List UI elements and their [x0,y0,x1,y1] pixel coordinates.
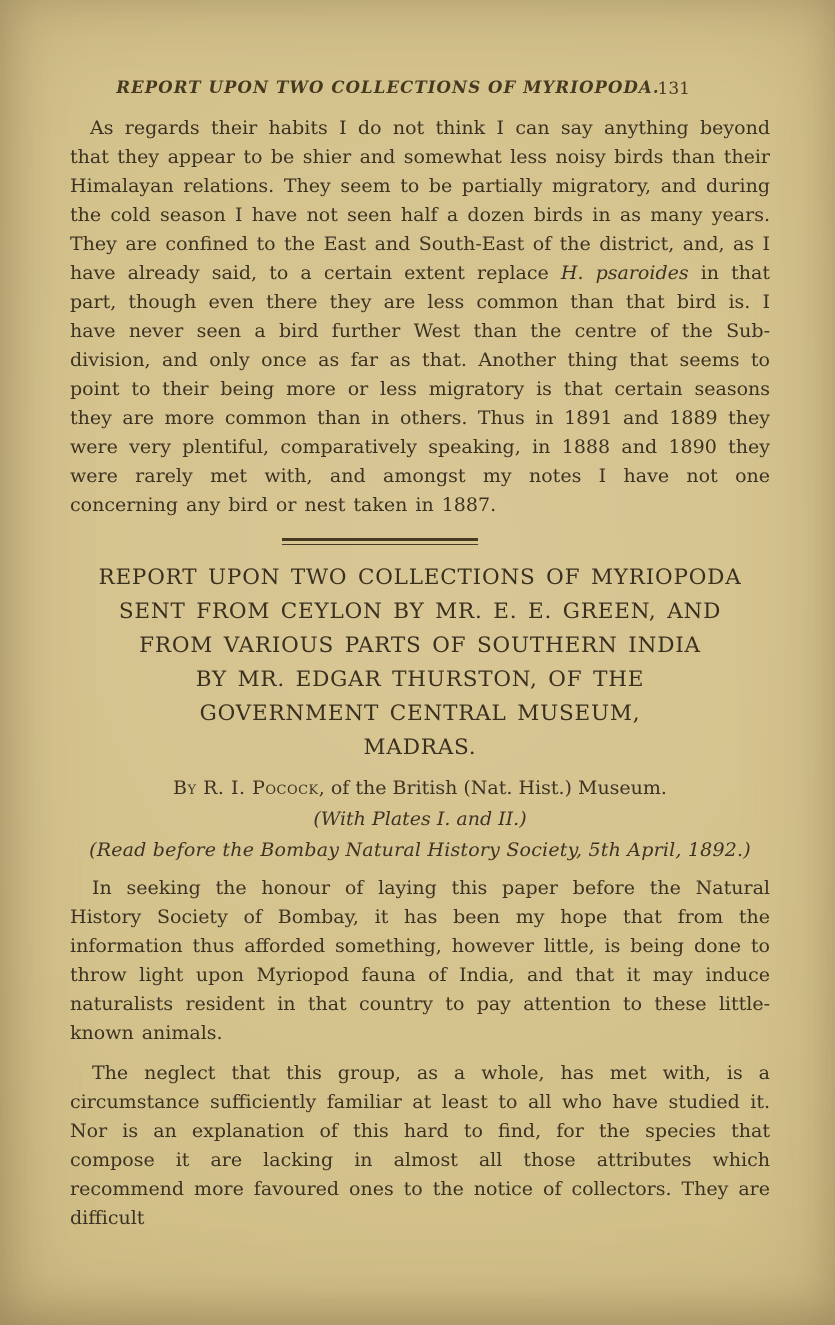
running-header: REPORT UPON TWO COLLECTIONS OF MYRIOPODA… [70,78,770,104]
title-line-4: BY MR. EDGAR THURSTON, OF THE [70,663,770,697]
byline-author: By R. I. Pocock [173,777,319,799]
section-divider-rule [282,538,478,545]
article-paragraph-1: In seeking the honour of laying this pap… [70,874,770,1048]
species-name-italic: H. psaroides [561,262,689,284]
previous-article-paragraph: As regards their habits I do not think I… [70,114,770,520]
page-content: REPORT UPON TWO COLLECTIONS OF MYRIOPODA… [70,78,770,1233]
scanned-book-page: REPORT UPON TWO COLLECTIONS OF MYRIOPODA… [0,0,835,1325]
byline-affiliation: , of the British (Nat. Hist.) Museum. [319,777,667,799]
paragraph-text-before: As regards their habits I do not think I… [70,117,770,284]
title-line-3: FROM VARIOUS PARTS OF SOUTHERN INDIA [70,629,770,663]
article-title: REPORT UPON TWO COLLECTIONS OF MYRIOPODA… [70,561,770,765]
plates-note: (With Plates I. and II.) [70,808,770,830]
title-line-1: REPORT UPON TWO COLLECTIONS OF MYRIOPODA [70,561,770,595]
title-line-6: MADRAS. [70,731,770,765]
byline: By R. I. Pocock, of the British (Nat. Hi… [70,777,770,799]
article-paragraph-2: The neglect that this group, as a whole,… [70,1059,770,1233]
presented-note: (Read before the Bombay Natural History … [70,839,770,861]
title-line-2: SENT FROM CEYLON BY MR. E. E. GREEN, AND [70,595,770,629]
page-number: 131 [658,79,690,99]
running-header-title: REPORT UPON TWO COLLECTIONS OF MYRIOPODA… [116,78,659,97]
paragraph-text-after: in that part, though even there they are… [70,262,770,516]
title-line-5: GOVERNMENT CENTRAL MUSEUM, [70,697,770,731]
